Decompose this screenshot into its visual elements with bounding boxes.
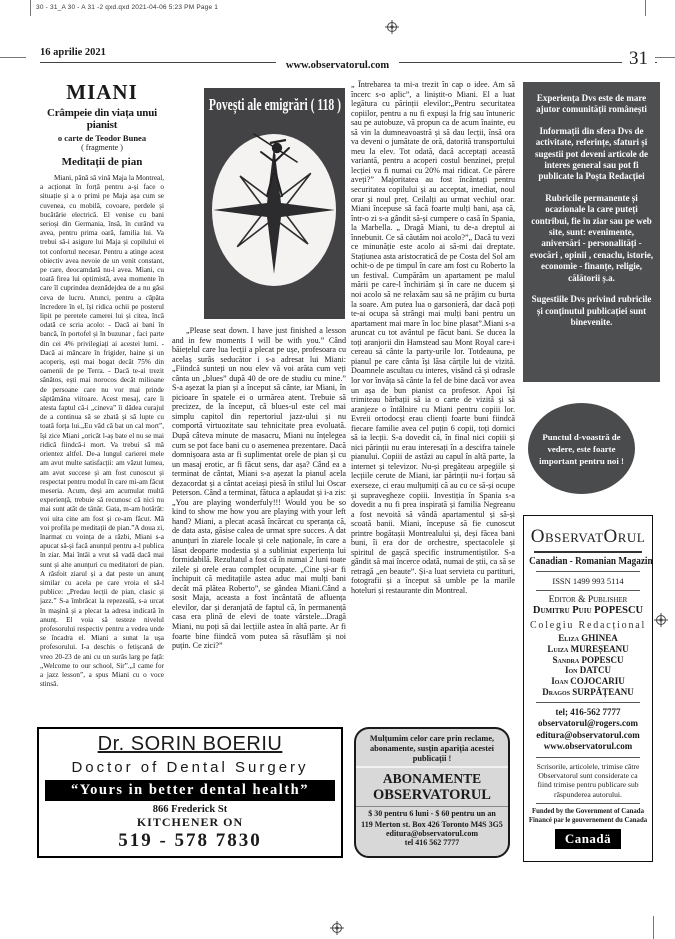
illustration-box: Povești ale emigrări ( 118 ) — [204, 88, 345, 319]
illustration-caption: Povești ale emigrări ( 118 ) — [209, 95, 340, 115]
dental-ad-profession: Doctor of Dental Surgery — [39, 759, 341, 776]
promo-paragraph: Experiența Dvs este de mare ajutor comun… — [529, 93, 654, 116]
website-header: www.observatorul.com — [0, 55, 675, 73]
board-member: Sandra POPESCU — [524, 655, 652, 666]
dental-ad-street: 866 Frederick St — [39, 804, 341, 815]
funding-note-en: Funded by the Government of Canada — [524, 808, 652, 817]
subscription-ad: Mulțumim celor care prin reclame, abonam… — [354, 727, 510, 858]
board-member: Luiza MUREȘEANU — [524, 644, 652, 655]
subscription-thanks: Mulțumim celor care prin reclame, abonam… — [356, 734, 508, 768]
article-column-1: MIANI Crâmpeie din viața unui pianist o … — [40, 80, 164, 730]
article-text-col2: „Please seat down. I have just finished … — [172, 326, 346, 729]
article-text-col3: „ Întrebarea ta mi-a trezit în cap o ide… — [351, 80, 515, 729]
board-member: Dragos SURPĂȚEANU — [524, 687, 652, 698]
dental-ad-city: KITCHENER ON — [39, 815, 341, 830]
divider — [536, 590, 640, 591]
subscription-magazine: OBSERVATORUL — [356, 787, 508, 804]
subscription-address: 119 Merton st. Box 426 Toronto M4S 3G5 — [356, 820, 508, 829]
editor-name: Dumitru Puiu POPESCU — [524, 605, 652, 616]
dental-ad-phone: 519 - 578 7830 — [39, 830, 341, 852]
crop-mark — [645, 0, 646, 16]
magazine-name: ObservatOrul — [524, 526, 652, 548]
masthead-website: www.observatorul.com — [524, 741, 652, 753]
promo-paragraph: Sugestiile Dvs privind rubricile și conț… — [529, 294, 654, 328]
subscription-price: $ 30 pentru 6 luni - $ 60 pentru un an — [356, 806, 508, 818]
subscription-title: ABONAMENTE — [356, 771, 508, 787]
compass-figure-illustration — [204, 110, 345, 308]
divider — [534, 551, 642, 553]
masthead-phone: tel; 416-562 7777 — [524, 707, 652, 719]
board-member: Eliza GHINEA — [524, 633, 652, 644]
subscription-email: editura@observatorul.com — [356, 829, 508, 838]
circle-note-text: Punctul d-voastră de vedere, este foarte… — [534, 431, 629, 467]
page-number: 31 — [622, 48, 655, 70]
newspaper-page: 30 - 31_A 30 - A 31 -2 qxd.qxd 2021-04-0… — [0, 0, 675, 939]
registration-mark-icon — [330, 921, 344, 935]
website-url: www.observatorul.com — [276, 60, 399, 71]
canada-wordmark: Canadä — [555, 829, 621, 849]
divider — [536, 702, 640, 703]
sidebar-promo-box: Experiența Dvs este de mare ajutor comun… — [523, 82, 660, 382]
editorial-board-label: Colegiu Redacțional — [524, 620, 652, 631]
magazine-tagline: Canadian - Romanian Magazine — [529, 556, 647, 567]
subscription-phone: tel 416 562 7777 — [356, 838, 508, 847]
board-member: Ion DATCU — [524, 665, 652, 676]
issn: ISSN 1499 993 5114 — [524, 576, 652, 586]
article-subtitle: Crâmpeie din viața unui pianist — [40, 107, 164, 131]
dental-ad-name: Dr. SORIN BOERIU — [39, 733, 341, 756]
crop-mark — [653, 916, 654, 939]
article-section-heading: Meditații de pian — [40, 156, 164, 168]
divider — [536, 571, 640, 572]
promo-paragraph: Informații din sfera Dvs de activitate, … — [529, 126, 654, 183]
masthead-email-2: editura@observatorul.com — [524, 730, 652, 742]
dental-ad: Dr. SORIN BOERIU Doctor of Dental Surger… — [37, 727, 343, 858]
funding-note-fr: Financé par le gouvernement du Canada — [524, 817, 652, 826]
editor-label: Editor & Publisher — [524, 595, 652, 605]
article-title: MIANI — [40, 80, 164, 105]
masthead-box: ObservatOrul Canadian - Romanian Magazin… — [523, 515, 653, 862]
registration-mark-icon — [654, 613, 668, 627]
crop-mark — [30, 0, 31, 16]
divider — [536, 803, 640, 804]
article-byline: o carte de Teodor Bunea — [40, 133, 164, 143]
article-text-col1: Miani, până să vină Maja la Montreal, a … — [40, 174, 164, 689]
article-fragment-note: ( fragmente ) — [40, 143, 164, 152]
letters-disclaimer: Scrisorile, articolele, trimise către Ob… — [524, 762, 652, 799]
opinion-circle-note: Punctul d-voastră de vedere, este foarte… — [528, 403, 635, 494]
print-slug: 30 - 31_A 30 - A 31 -2 qxd.qxd 2021-04-0… — [36, 4, 218, 11]
divider — [536, 757, 640, 758]
masthead-email-1: observatorul@rogers.com — [524, 718, 652, 730]
board-member: Ioan COJOCARIU — [524, 676, 652, 687]
promo-paragraph: Rubricile permanente și ocazionale la ca… — [529, 193, 654, 284]
registration-mark-icon — [385, 20, 399, 34]
dental-ad-slogan: “Yours in better dental health” — [45, 780, 335, 801]
